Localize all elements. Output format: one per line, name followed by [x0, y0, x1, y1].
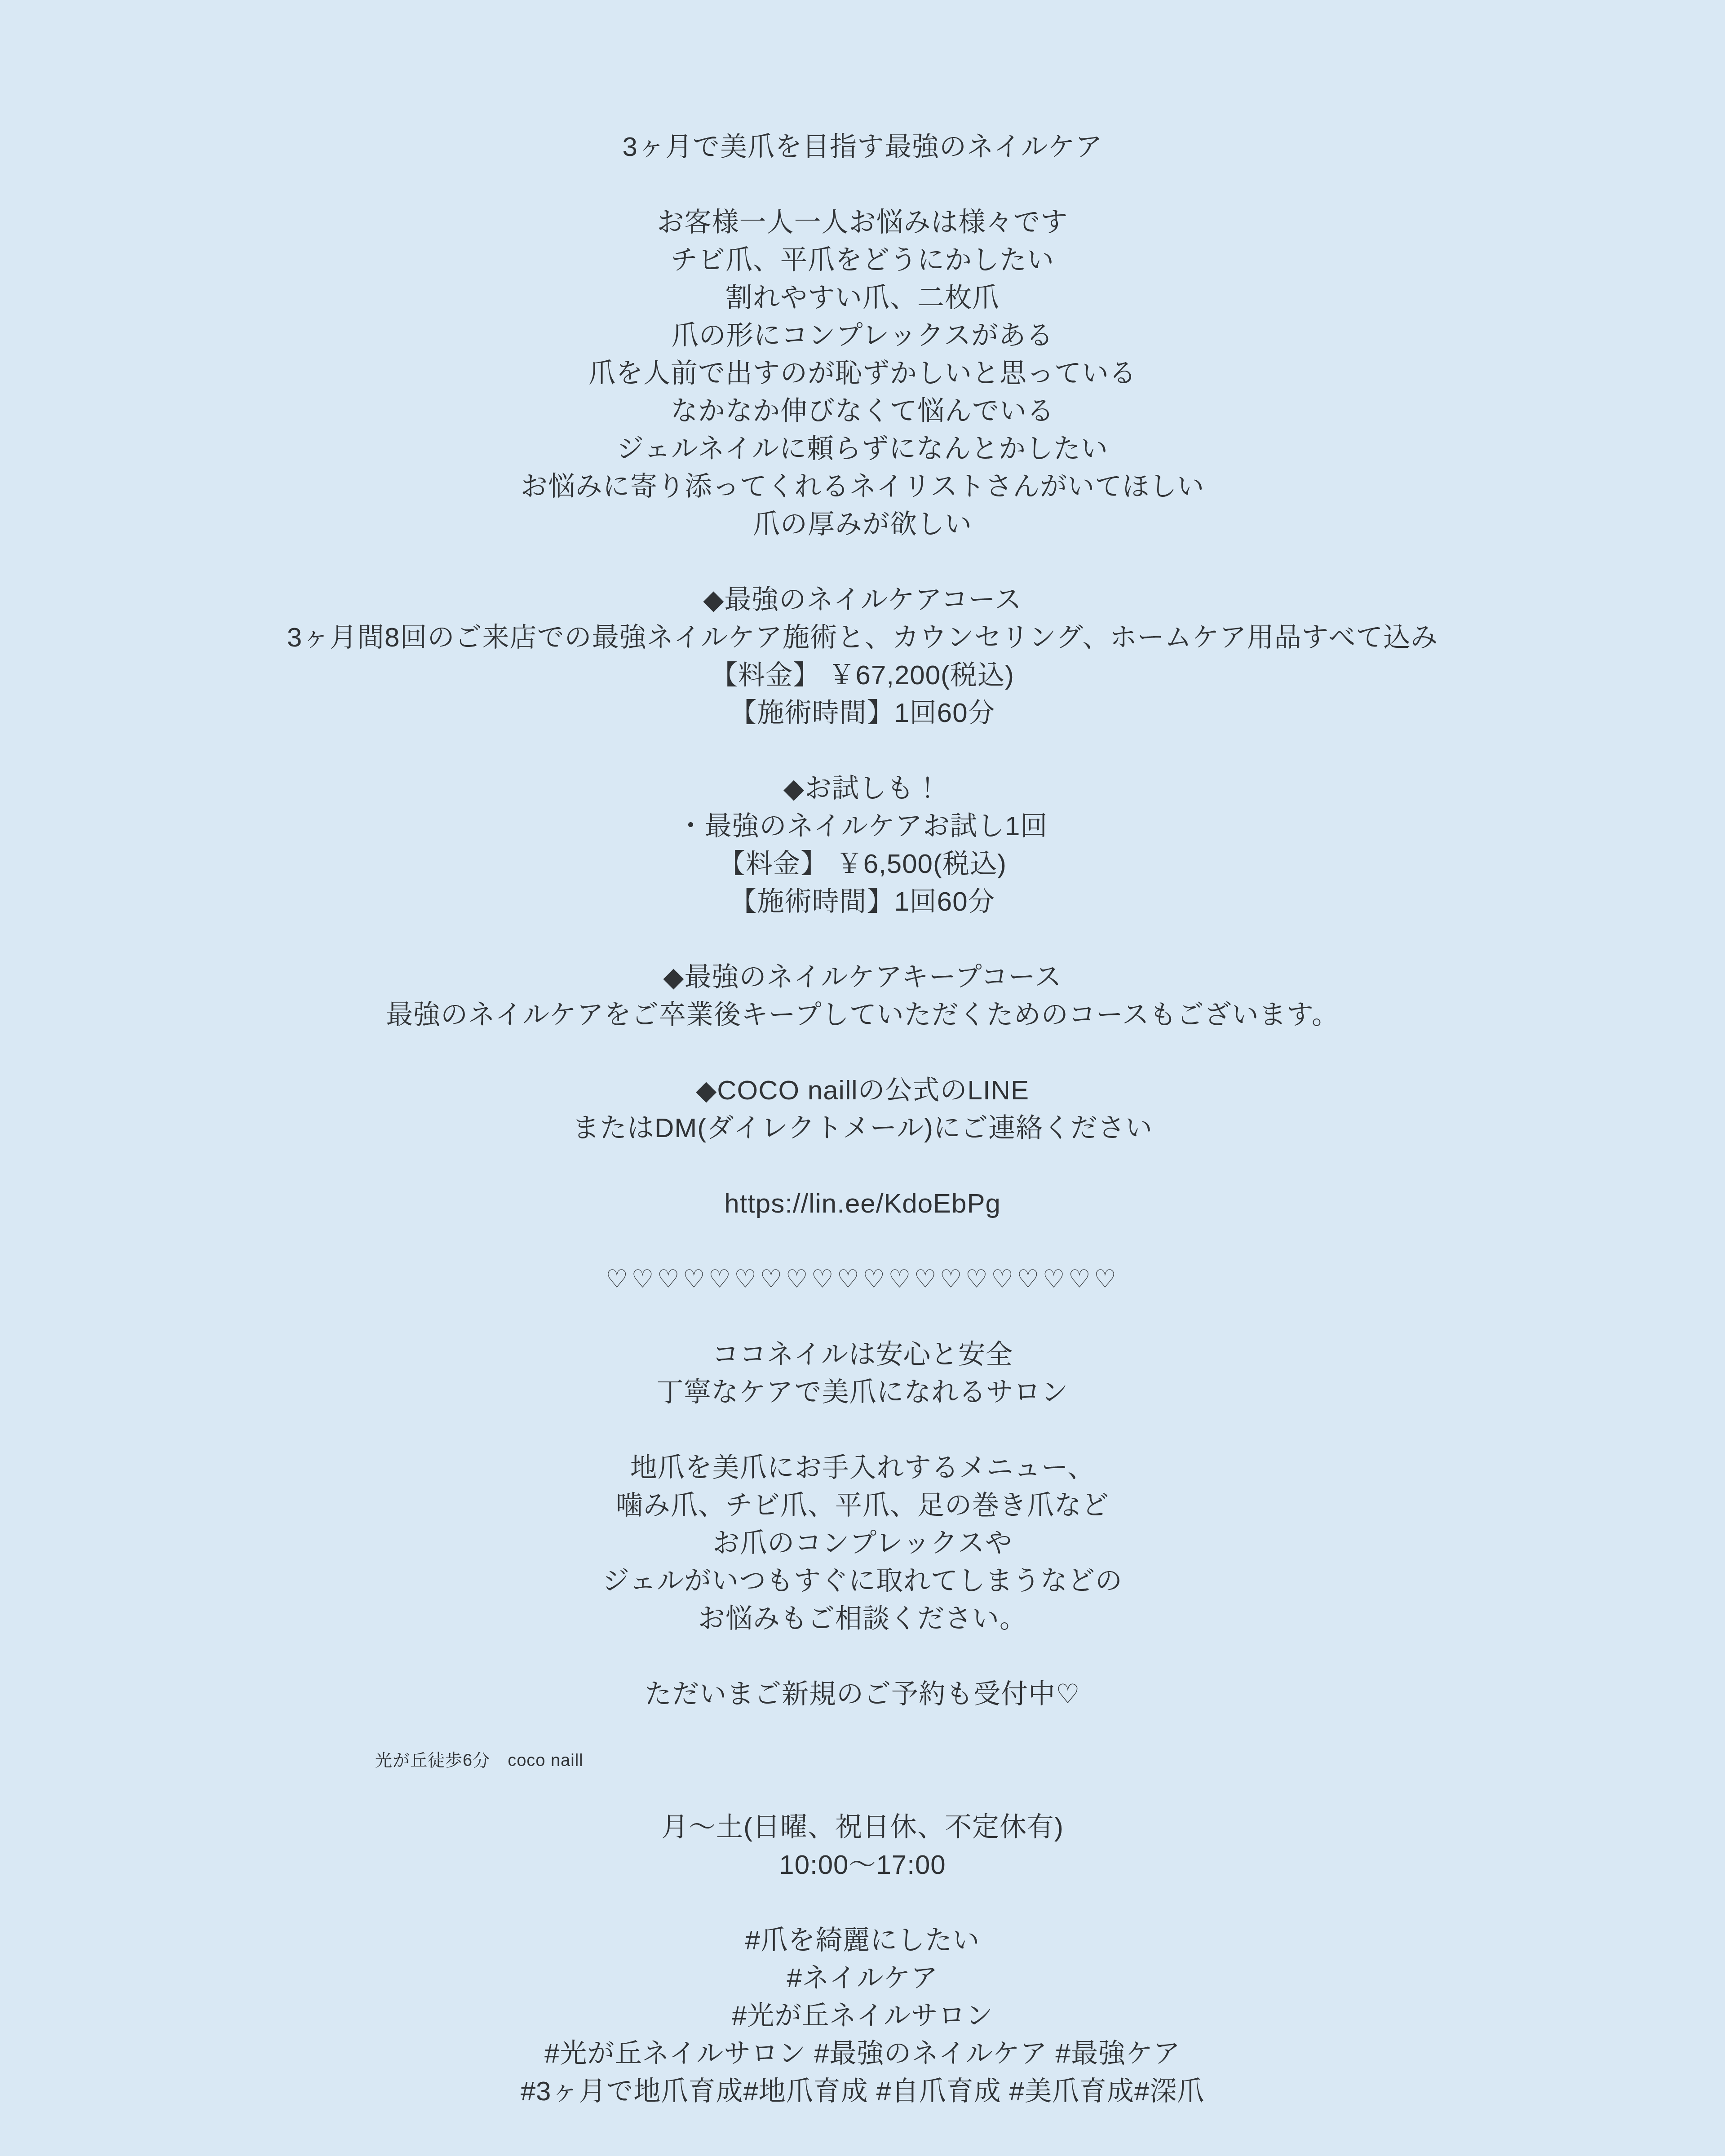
line-contact-description: またはDM(ダイレクトメール)にご連絡ください	[0, 1109, 1725, 1147]
menu-info-paragraph: 地爪を美爪にお手入れするメニュー、 噛み爪、チビ爪、平爪、足の巻き爪など お爪の…	[0, 1449, 1725, 1638]
concern-line: お客様一人一人お悩みは様々です	[0, 204, 1725, 241]
concern-line: 爪の形にコンプレックスがある	[0, 317, 1725, 354]
hashtag-line: #ネイルケア	[0, 1959, 1725, 1997]
concern-line: 爪の厚みが欲しい	[0, 505, 1725, 543]
booking-note: ただいまご新規のご予約も受付中♡	[0, 1675, 1725, 1713]
hashtag-line: #3ヶ月で地爪育成#地爪育成 #自爪育成 #美爪育成#深爪	[0, 2072, 1725, 2110]
salon-intro-paragraph: ココネイルは安心と安全 丁寧なケアで美爪になれるサロン	[0, 1336, 1725, 1411]
booking-note-paragraph: ただいまご新規のご予約も受付中♡	[0, 1675, 1725, 1713]
hours-paragraph: 月～土(日曜、祝日休、不定休有) 10:00～17:00	[0, 1808, 1725, 1884]
main-course-paragraph: ◆最強のネイルケアコース 3ヶ月間8回のご来店での最強ネイルケア施術と、カウンセ…	[0, 581, 1725, 732]
title-paragraph: 3ヶ月で美爪を目指す最強のネイルケア	[0, 128, 1725, 166]
concern-line: お悩みに寄り添ってくれるネイリストさんがいてほしい	[0, 468, 1725, 505]
hearts-divider: ♡♡♡♡♡♡♡♡♡♡♡♡♡♡♡♡♡♡♡♡	[0, 1260, 1725, 1298]
caption-title: 3ヶ月で美爪を目指す最強のネイルケア	[0, 128, 1725, 166]
location-paragraph: 光が丘徒歩6分 coco naill	[0, 1742, 1725, 1780]
trial-course-heading: ◆お試しも！	[0, 770, 1725, 807]
hashtag-line: #爪を綺麗にしたい	[0, 1921, 1725, 1959]
keep-course-description: 最強のネイルケアをご卒業後キープしていただくためのコースもございます。	[0, 996, 1725, 1034]
concern-line: 爪を人前で出すのが恥ずかしいと思っている	[0, 354, 1725, 392]
concern-line: なかなか伸びなくて悩んでいる	[0, 392, 1725, 430]
menu-info-line: お爪のコンプレックスや	[0, 1524, 1725, 1562]
salon-intro-line: ココネイルは安心と安全	[0, 1336, 1725, 1373]
hashtags-paragraph: #爪を綺麗にしたい #ネイルケア #光が丘ネイルサロン #光が丘ネイルサロン #…	[0, 1921, 1725, 2110]
trial-course-item: ・最強のネイルケアお試し1回	[0, 807, 1725, 845]
concerns-paragraph: お客様一人一人お悩みは様々です チビ爪、平爪をどうにかしたい 割れやすい爪、二枚…	[0, 204, 1725, 543]
hashtag-line: #光が丘ネイルサロン #最強のネイルケア #最強ケア	[0, 2035, 1725, 2072]
concern-line: ジェルネイルに頼らずになんとかしたい	[0, 430, 1725, 468]
main-course-price: 【料金】 ￥67,200(税込)	[0, 656, 1725, 694]
salon-intro-line: 丁寧なケアで美爪になれるサロン	[0, 1373, 1725, 1411]
main-course-heading: ◆最強のネイルケアコース	[0, 581, 1725, 619]
menu-info-line: 地爪を美爪にお手入れするメニュー、	[0, 1449, 1725, 1487]
hearts-divider-paragraph: ♡♡♡♡♡♡♡♡♡♡♡♡♡♡♡♡♡♡♡♡	[0, 1260, 1725, 1298]
trial-course-duration: 【施術時間】1回60分	[0, 883, 1725, 921]
line-contact-paragraph: ◆COCO naillの公式のLINE またはDM(ダイレクトメール)にご連絡く…	[0, 1071, 1725, 1147]
line-url-link[interactable]: https://lin.ee/KdoEbPg	[0, 1185, 1725, 1222]
concern-line: チビ爪、平爪をどうにかしたい	[0, 241, 1725, 279]
main-course-duration: 【施術時間】1回60分	[0, 694, 1725, 732]
trial-course-paragraph: ◆お試しも！ ・最強のネイルケアお試し1回 【料金】 ￥6,500(税込) 【施…	[0, 770, 1725, 921]
caption-text-block: 3ヶ月で美爪を目指す最強のネイルケア お客様一人一人お悩みは様々です チビ爪、平…	[0, 128, 1725, 2110]
main-course-description: 3ヶ月間8回のご来店での最強ネイルケア施術と、カウンセリング、ホームケア用品すべ…	[0, 619, 1725, 656]
menu-info-line: 噛み爪、チビ爪、平爪、足の巻き爪など	[0, 1487, 1725, 1524]
keep-course-paragraph: ◆最強のネイルケアキープコース 最強のネイルケアをご卒業後キープしていただくため…	[0, 958, 1725, 1034]
business-days: 月～土(日曜、祝日休、不定休有)	[0, 1808, 1725, 1846]
location-access-line: 光が丘徒歩6分 coco naill	[0, 1742, 1725, 1780]
hashtag-line: #光が丘ネイルサロン	[0, 1997, 1725, 2035]
line-official-heading: ◆COCO naillの公式のLINE	[0, 1071, 1725, 1109]
trial-course-price: 【料金】 ￥6,500(税込)	[0, 845, 1725, 883]
line-url-paragraph: https://lin.ee/KdoEbPg	[0, 1185, 1725, 1222]
business-hours: 10:00～17:00	[0, 1846, 1725, 1884]
caption-page: { "colors": { "background": "#d9e8f4", "…	[0, 0, 1725, 2156]
menu-info-line: お悩みもご相談ください。	[0, 1600, 1725, 1638]
keep-course-heading: ◆最強のネイルケアキープコース	[0, 958, 1725, 996]
menu-info-line: ジェルがいつもすぐに取れてしまうなどの	[0, 1562, 1725, 1600]
concern-line: 割れやすい爪、二枚爪	[0, 279, 1725, 317]
